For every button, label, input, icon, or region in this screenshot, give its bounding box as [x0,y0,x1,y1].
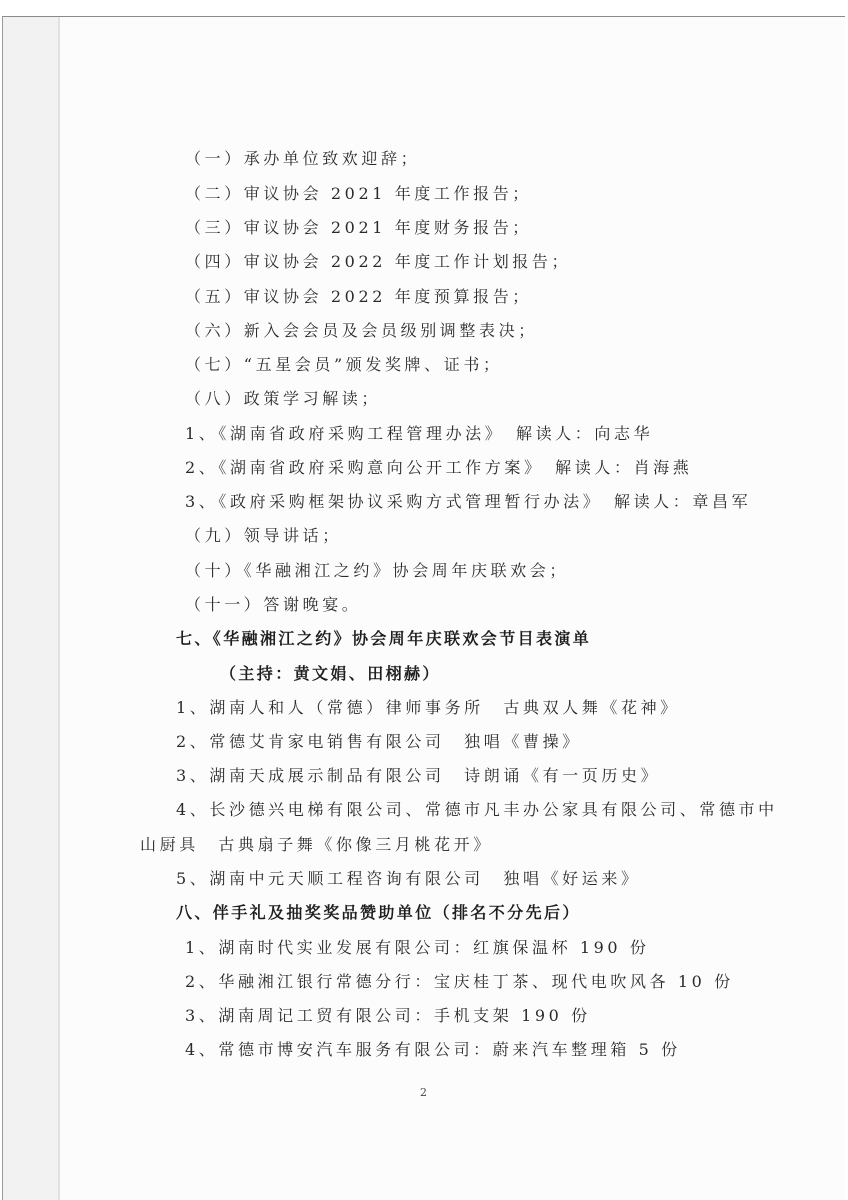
sponsor-item: 1、湖南时代实业发展有限公司：红旗保温杯 190 份 [185,937,650,959]
agenda-item: （八）政策学习解读； [185,388,381,410]
section-heading: 七、《华融湘江之约》协会周年庆联欢会节目表演单 [176,628,591,650]
program-item: 3、湖南天成展示制品有限公司 诗朗诵《有一页历史》 [176,765,660,787]
agenda-item: （十一）答谢晚宴。 [185,594,361,616]
agenda-item: （七）“五星会员”颁发奖牌、证书； [185,354,503,376]
agenda-item: （三）审议协会 2021 年度财务报告； [185,217,532,239]
policy-item: 1、《湖南省政府采购工程管理办法》 解读人：向志华 [185,423,653,445]
policy-item: 3、《政府采购框架协议采购方式管理暂行办法》 解读人：章昌军 [185,491,751,513]
agenda-item: （五）审议协会 2022 年度预算报告； [185,286,532,308]
sponsor-item: 3、湖南周记工贸有限公司：手机支架 190 份 [185,1005,591,1027]
hosts-line: （主持：黄文娟、田栩赫） [220,663,441,685]
program-item: 5、湖南中元天顺工程咨询有限公司 独唱《好运来》 [176,868,641,890]
section-heading: 八、伴手礼及抽奖奖品赞助单位（排名不分先后） [176,902,581,924]
agenda-item: （六）新入会会员及会员级别调整表决； [185,320,538,342]
agenda-item: （四）审议协会 2022 年度工作计划报告； [185,251,571,273]
sponsor-item: 4、常德市博安汽车服务有限公司：蔚来汽车整理箱 5 份 [185,1039,681,1061]
program-item: 2、常德艾肯家电销售有限公司 独唱《曹操》 [176,731,582,753]
sponsor-item: 2、华融湘江银行常德分行：宝庆桂丁茶、现代电吹风各 10 份 [185,971,734,993]
program-item: 4、长沙德兴电梯有限公司、常德市凡丰办公家具有限公司、常德市中 [176,799,778,821]
agenda-item: （九）领导讲话； [185,525,342,547]
binding-strip [3,17,58,1200]
program-item-continued: 山厨具 古典扇子舞《你像三月桃花开》 [140,834,493,856]
agenda-item: （二）审议协会 2021 年度工作报告； [185,183,532,205]
policy-item: 2、《湖南省政府采购意向公开工作方案》 解读人：肖海燕 [185,457,692,479]
page-number: 2 [420,1086,427,1099]
binding-edge [58,17,60,1200]
agenda-item: （一）承办单位致欢迎辞； [185,148,420,170]
agenda-item: （十）《华融湘江之约》协会周年庆联欢会； [185,560,569,582]
program-item: 1、湖南人和人（常德）律师事务所 古典双人舞《花神》 [176,697,680,719]
